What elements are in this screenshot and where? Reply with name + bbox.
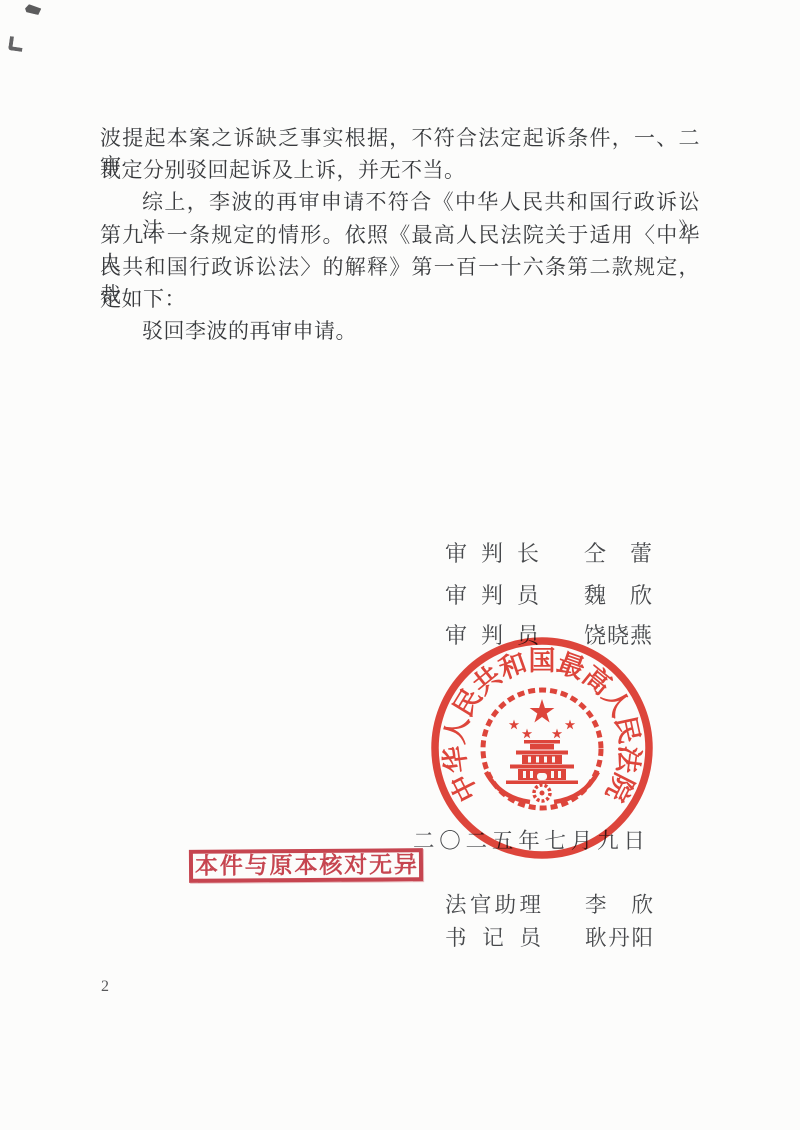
signature-row: 审判员 魏欣	[445, 579, 652, 610]
judge-name: 仝蕾	[584, 537, 652, 568]
supreme-court-seal: 中华人民共和国最高人民法院	[424, 630, 660, 866]
court-ruling-page: 波提起本案之诉缺乏事实根据，不符合法定起诉条件，一、二审 裁定分别驳回起诉及上诉…	[0, 0, 800, 1130]
clerk-row: 书记员 耿丹阳	[445, 921, 653, 952]
body-line: 民共和国行政诉讼法〉的解释》第一百一十六条第二款规定，裁	[100, 253, 700, 283]
clerk-role: 法官助理	[445, 888, 541, 919]
svg-text:国: 国	[529, 646, 556, 676]
judge-role: 审判员	[445, 579, 539, 610]
clerk-name: 李欣	[585, 888, 653, 919]
body-line: 第九十一条规定的情形。依照《最高人民法院关于适用〈中华人	[100, 221, 700, 251]
scan-artifact-top	[24, 4, 41, 16]
body-line: 裁定分别驳回起诉及上诉，并无不当。	[100, 156, 700, 186]
verification-stamp: 本件与原本核对无异	[189, 848, 423, 883]
signature-row: 审判长 仝蕾	[445, 537, 652, 568]
national-emblem-icon	[483, 690, 601, 808]
judge-name: 魏欣	[584, 579, 652, 610]
body-line-ruling-result: 驳回李波的再审申请。	[100, 317, 700, 347]
body-line: 定如下：	[100, 285, 700, 315]
body-line: 综上，李波的再审申请不符合《中华人民共和国行政诉讼法》	[100, 188, 700, 218]
clerk-row: 法官助理 李欣	[445, 888, 653, 919]
scan-artifact-left	[8, 36, 24, 52]
body-line: 波提起本案之诉缺乏事实根据，不符合法定起诉条件，一、二审	[100, 124, 700, 154]
clerk-role: 书记员	[445, 921, 541, 952]
clerk-name: 耿丹阳	[585, 921, 653, 952]
svg-text:民: 民	[610, 714, 645, 747]
verification-stamp-text: 本件与原本核对无异	[195, 852, 417, 879]
page-number: 2	[101, 978, 109, 996]
svg-text:华: 华	[439, 744, 472, 775]
judge-role: 审判长	[445, 537, 539, 568]
